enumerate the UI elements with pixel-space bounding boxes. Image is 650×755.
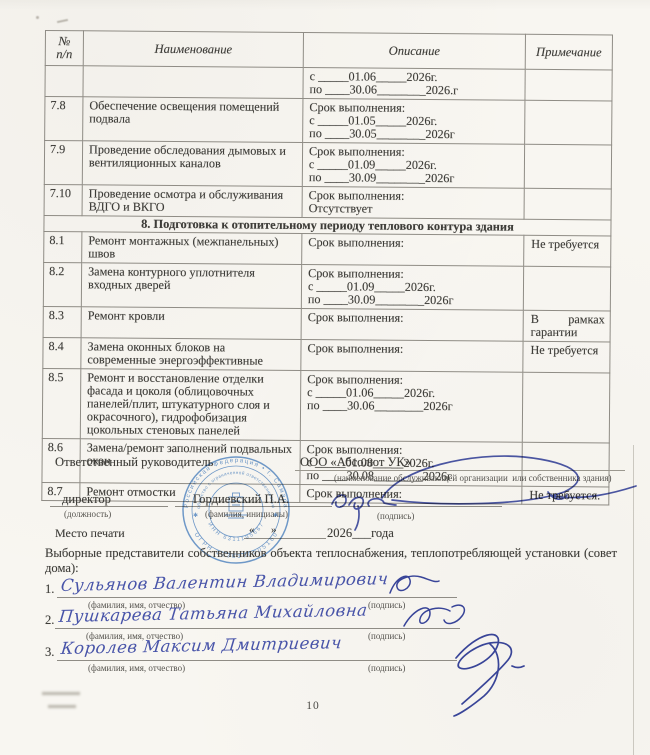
cell-name: Проведение осмотра и обслуживания ВДГО и… bbox=[82, 185, 302, 218]
stamp-inn-text: ИНН 6311195667 bbox=[206, 522, 265, 543]
position-underline bbox=[50, 506, 168, 507]
stamp-star-right: ✱ bbox=[273, 512, 278, 519]
cell-note bbox=[525, 100, 612, 145]
cell-num: 7.9 bbox=[44, 141, 82, 185]
position-hint: (должность) bbox=[64, 509, 111, 519]
cell-name: Замена оконных блоков на современные эне… bbox=[81, 338, 301, 371]
table-row: 8.4Замена оконных блоков на современные … bbox=[43, 337, 610, 372]
cell-num: 8.3 bbox=[43, 306, 81, 337]
cell-desc: Срок выполнения:с _____01.09_____2026г.п… bbox=[301, 265, 523, 311]
table-row: 8.3Ремонт кровлиСрок выполнения:В рамках… bbox=[43, 306, 610, 341]
cell-name: Проведение обследования дымовых и вентил… bbox=[82, 141, 302, 187]
cell-name: Ремонт монтажных (межпанельных) швов bbox=[82, 232, 302, 265]
scan-artifact-smudge bbox=[42, 692, 80, 695]
page-number: 10 bbox=[0, 700, 626, 712]
cell-desc: Срок выполнения:с _____01.09_____2026г.п… bbox=[302, 143, 524, 189]
cell-note: Не требуется bbox=[524, 235, 611, 267]
stamp-star-left: ✱ bbox=[193, 512, 198, 519]
rep-line bbox=[57, 660, 457, 661]
cell-name: Ремонт кровли bbox=[81, 307, 301, 340]
scanned-document-page: № п/п Наименование Описание Примечание с… bbox=[0, 0, 650, 755]
cell-num: 8.5 bbox=[42, 368, 81, 438]
maintenance-plan-table: № п/п Наименование Описание Примечание с… bbox=[41, 30, 613, 505]
cell-name: Обеспечение освещения помещений подвала bbox=[83, 97, 303, 143]
cell-desc: Срок выполнения:с _____01.05_____2026г.п… bbox=[303, 99, 525, 145]
rep-number: 2. bbox=[45, 613, 54, 628]
cell-note: В рамках гарантии bbox=[523, 310, 610, 342]
stamp-ring-text: общество с ограниченной ответственностью bbox=[196, 470, 276, 510]
cell-desc: Срок выполнения: bbox=[301, 309, 523, 342]
rep-signature bbox=[385, 570, 443, 600]
scan-artifact-speck bbox=[36, 16, 39, 19]
cell-name: Замена контурного уплотнителя входных дв… bbox=[81, 263, 301, 309]
header-name: Наименование bbox=[83, 31, 303, 68]
cell-note: Не требуется bbox=[523, 341, 610, 373]
cell-num: 7.8 bbox=[45, 97, 83, 141]
rep-number: 3. bbox=[45, 645, 54, 660]
cell-num: 8.4 bbox=[43, 337, 81, 368]
scan-artifact-mark bbox=[57, 19, 68, 23]
header-note: Примечание bbox=[525, 34, 612, 70]
position-value: директор bbox=[62, 492, 111, 507]
table-row: 8.2Замена контурного уплотнителя входных… bbox=[43, 262, 610, 310]
cell-desc: Срок выполнения:Отсутствует bbox=[302, 187, 524, 220]
cell-num: 8.2 bbox=[43, 262, 81, 306]
cell-num: 8.1 bbox=[44, 231, 82, 262]
cell-num: 7.10 bbox=[44, 184, 82, 215]
cell-note bbox=[524, 188, 611, 220]
table-row: 7.9Проведение обследования дымовых и вен… bbox=[44, 141, 611, 189]
rep-sign-hint: (подпись) bbox=[368, 663, 405, 673]
cell-name bbox=[83, 66, 303, 99]
header-desc: Описание bbox=[303, 33, 525, 70]
cell-note bbox=[525, 69, 612, 101]
cell-desc: с _____01.06_____2026г.по ____30.06_____… bbox=[303, 68, 525, 101]
cell-num bbox=[45, 66, 83, 97]
rep-name-hint: (фамилия, имя, отчество) bbox=[88, 663, 185, 673]
table-row: 7.10Проведение осмотра и обслуживания ВД… bbox=[44, 184, 611, 219]
cell-desc: Срок выполнения:с _____01.06_____2026г.п… bbox=[300, 371, 523, 443]
table-row: 7.8Обеспечение освещения помещений подва… bbox=[45, 97, 612, 145]
cell-desc: Срок выполнения: bbox=[302, 234, 524, 267]
cell-note bbox=[524, 144, 611, 189]
place-of-seal-label: Место печати bbox=[55, 526, 125, 541]
table-header-row: № п/п Наименование Описание Примечание bbox=[45, 31, 612, 70]
table-row: 8.1Ремонт монтажных (межпанельных) швовС… bbox=[44, 231, 611, 266]
director-signature-flourish bbox=[322, 448, 644, 536]
rep-number: 1. bbox=[45, 582, 54, 597]
table-row: 8.5Ремонт и восстановление отделки фасад… bbox=[42, 368, 610, 442]
cell-note bbox=[523, 266, 610, 311]
cell-name: Ремонт и восстановление отделки фасада и… bbox=[80, 369, 301, 441]
header-num: № п/п bbox=[45, 31, 83, 66]
cell-desc: Срок выполнения: bbox=[301, 340, 523, 373]
table-row: с _____01.06_____2026г.по ____30.06_____… bbox=[45, 66, 612, 101]
cell-note bbox=[522, 372, 610, 443]
stamp-center-emblem bbox=[225, 493, 247, 518]
